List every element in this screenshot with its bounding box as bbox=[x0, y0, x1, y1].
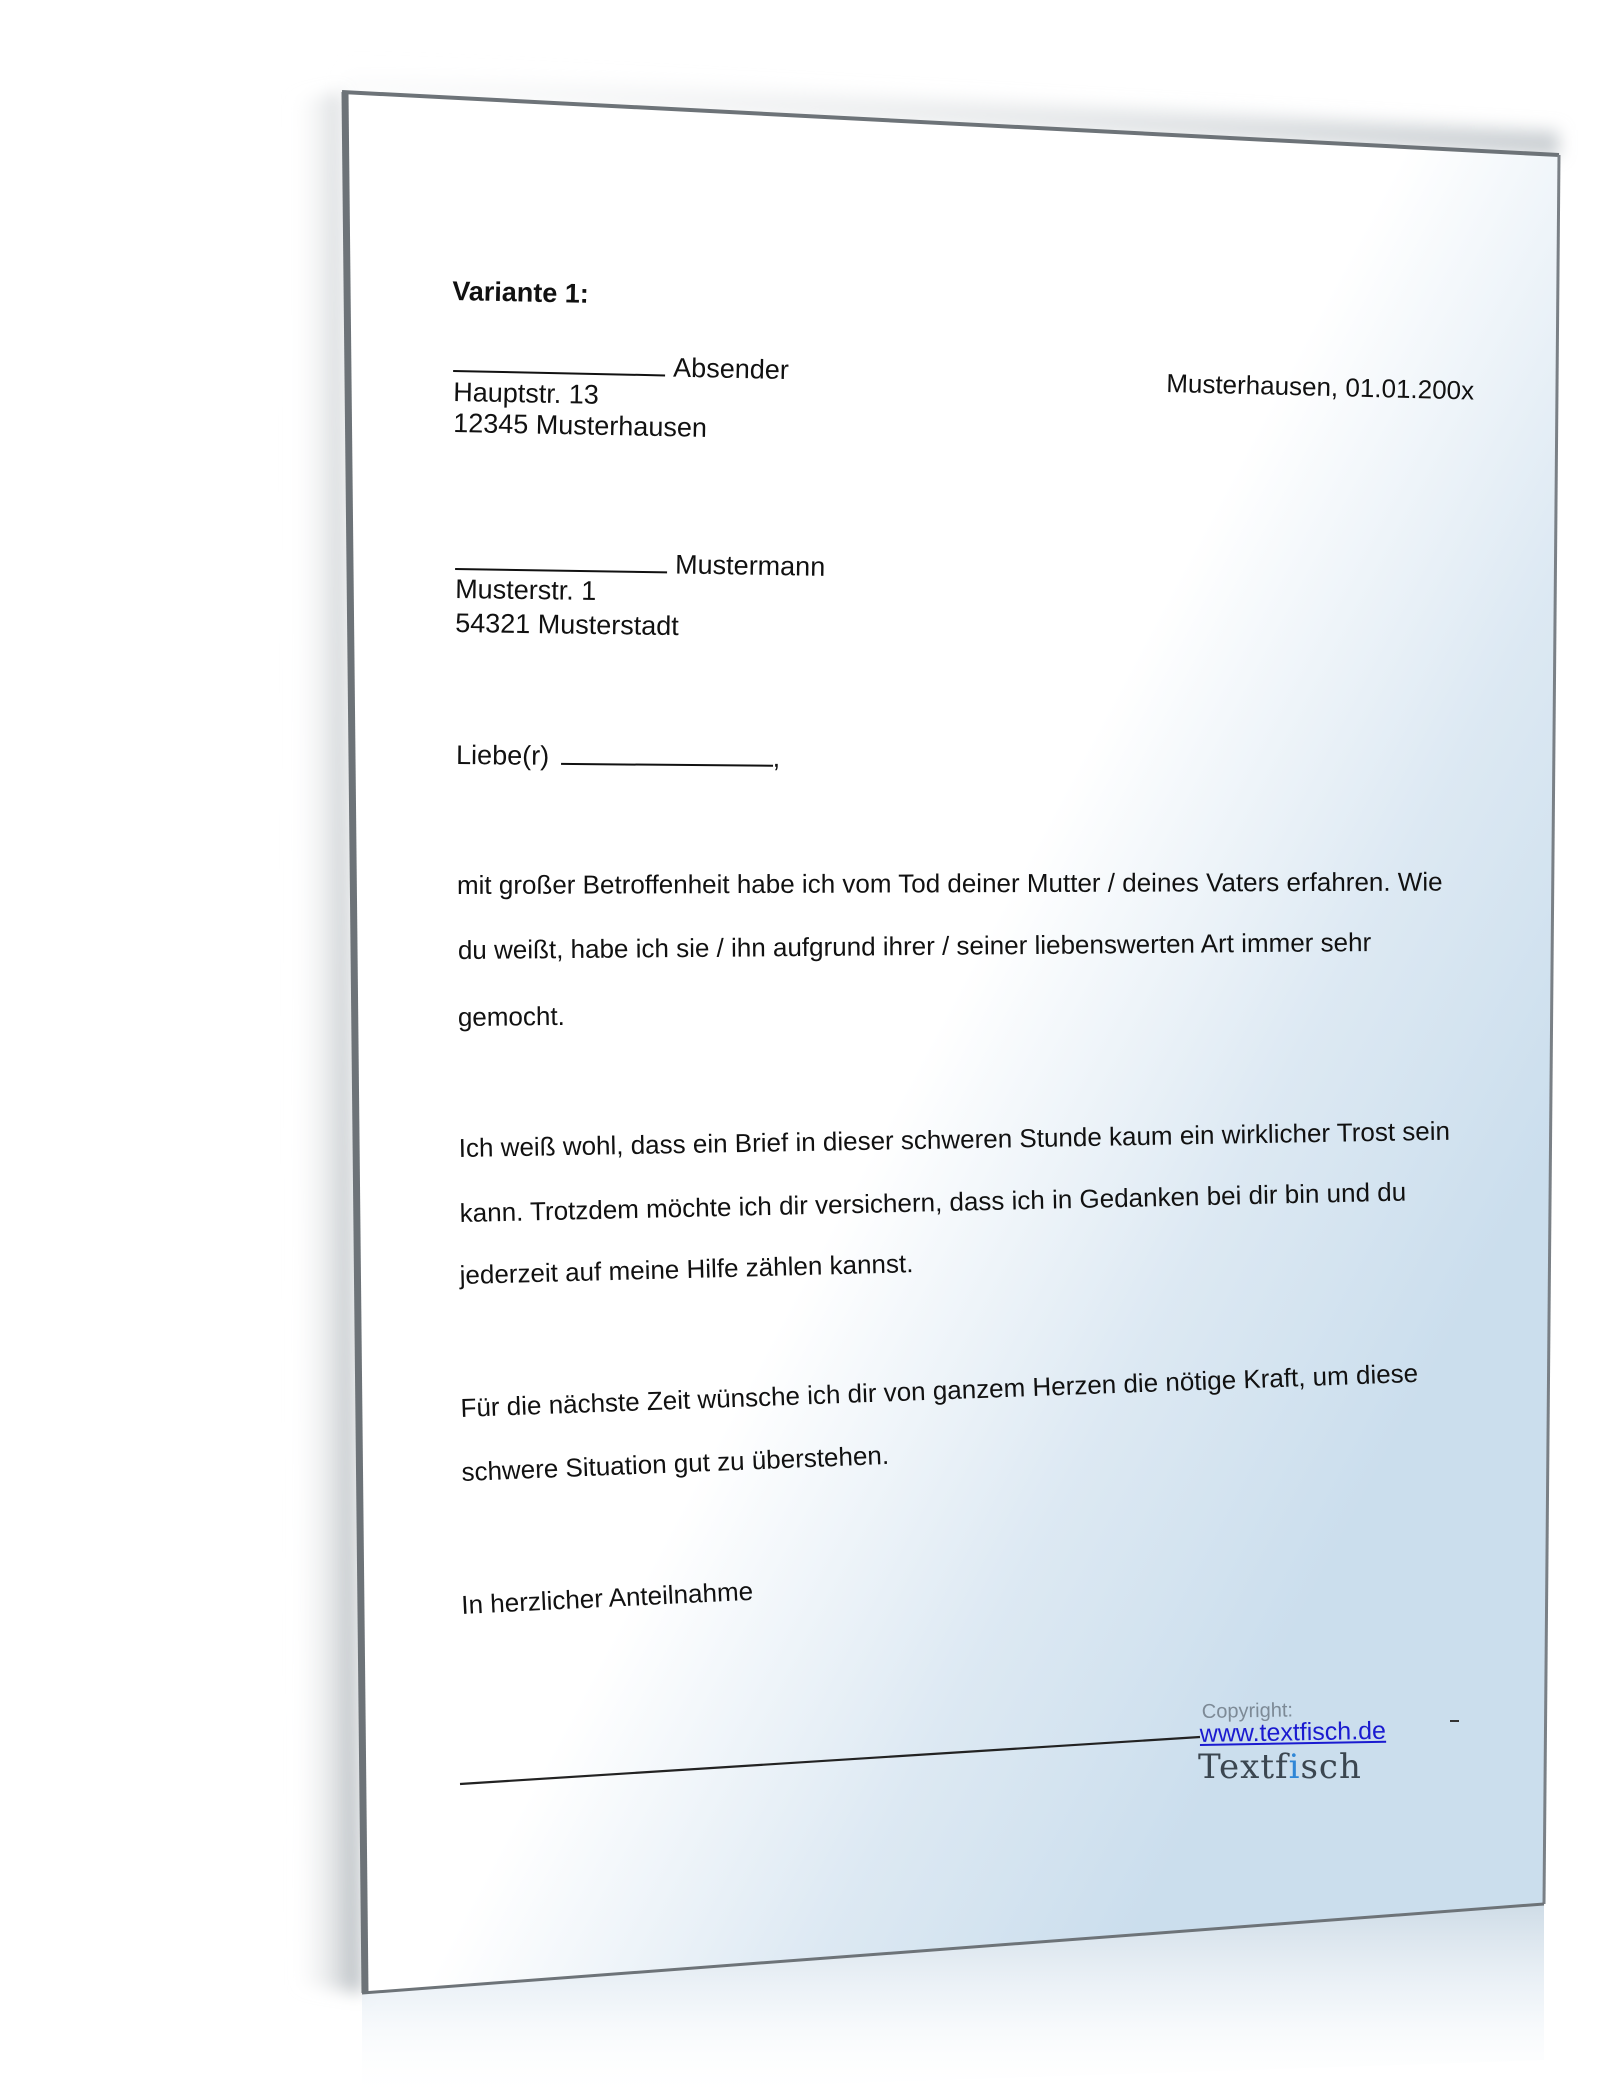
recipient-street: Musterstr. 1 bbox=[455, 576, 596, 605]
footer-dash bbox=[1450, 1720, 1459, 1722]
paragraph-1-line-1: mit großer Betroffenheit habe ich vom To… bbox=[457, 869, 1443, 898]
salutation-suffix: , bbox=[773, 743, 781, 773]
sender-street: Hauptstr. 13 bbox=[453, 379, 599, 409]
heading-variante: Variante 1: bbox=[452, 278, 589, 308]
textfisch-logo-text: Textfisch bbox=[1198, 1750, 1362, 1782]
recipient-city: 54321 Musterstadt bbox=[455, 610, 679, 640]
textfisch-logo: Textfisch bbox=[1196, 1750, 1396, 1782]
salutation-blank bbox=[561, 762, 773, 767]
paragraph-1-line-2: du weißt, habe ich sie / ihn aufgrund ih… bbox=[458, 929, 1372, 963]
sender-name-label: Absender bbox=[673, 353, 789, 385]
sender-city: 12345 Musterhausen bbox=[453, 410, 707, 442]
sender-name-blank bbox=[453, 369, 665, 376]
place-date: Musterhausen, 01.01.200x bbox=[1166, 370, 1474, 404]
recipient-name-blank bbox=[455, 567, 667, 573]
recipient-name-label: Mustermann bbox=[675, 549, 826, 581]
document-page-scene bbox=[0, 0, 1600, 2100]
fish-icon: i bbox=[1289, 1750, 1301, 1782]
logo-text-before: Textf bbox=[1198, 1750, 1289, 1782]
salutation: Liebe(r) , bbox=[456, 742, 780, 772]
logo-text-after: sch bbox=[1300, 1750, 1361, 1782]
textfisch-link[interactable]: www.textfisch.de bbox=[1200, 1719, 1387, 1747]
salutation-prefix: Liebe(r) bbox=[456, 740, 549, 771]
paragraph-1-line-3: gemocht. bbox=[458, 1003, 565, 1030]
